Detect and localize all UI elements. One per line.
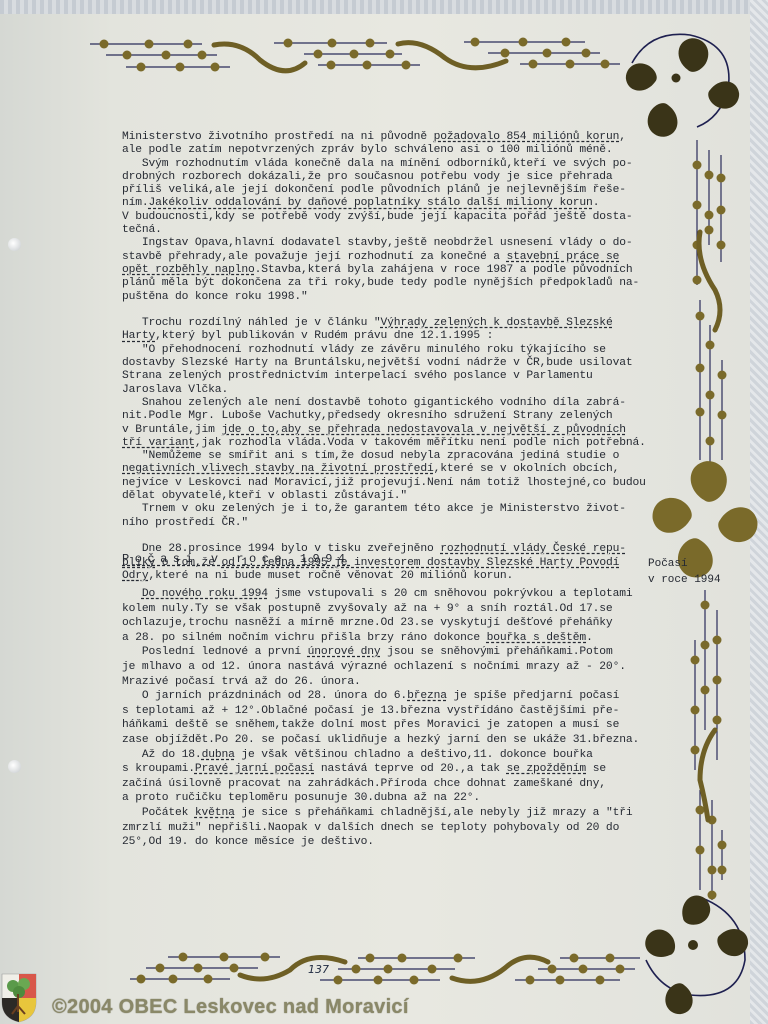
text-line: Snahou zelených ale není dostavbě tohoto… (122, 397, 622, 410)
underlined-phrase: se zpožděním (507, 763, 587, 775)
text-segment: "O přehodnocení rozhodnutí vlády ze závě… (122, 344, 606, 356)
text-segment: Ministerstvo životního prostředí na ni p… (122, 131, 434, 143)
text-line (122, 530, 622, 543)
text-segment: Až do 18. (122, 749, 202, 761)
text-segment: nit.Podle Mgr. Luboše Vachutky,předsedy … (122, 410, 613, 422)
text-segment: a 28. po silném nočním vichru přišla brz… (122, 632, 487, 644)
text-segment: .Stavba,která byla zahájena v roce 1987 … (255, 264, 633, 276)
underlined-phrase: Do nového roku 1994 (142, 588, 268, 600)
text-line: tečná. (122, 224, 622, 237)
text-line: Odry,které na ni bude muset ročně věnova… (122, 570, 622, 583)
text-segment: zase objíždět.Po 20. se počasí uklidňuje… (122, 734, 639, 746)
underlined-phrase: března (407, 690, 447, 702)
margin-note-line-2: v roce 1994 (648, 574, 721, 586)
section-heading-wrap: Počasí v roce 1994 (122, 553, 622, 567)
text-segment: ního prostředí ČR." (122, 517, 248, 529)
text-line: dělat obyvatelé,kteří v oblasti zůstávaj… (122, 490, 622, 503)
underlined-phrase: Harty (122, 330, 155, 342)
text-segment: puštěna do konce roku 1998." (122, 291, 308, 303)
text-line: s kroupami.Pravé jarní počasí nastává te… (122, 762, 622, 777)
text-line: zase objíždět.Po 20. se počasí uklidňuje… (122, 733, 622, 748)
text-segment: s kroupami. (122, 763, 195, 775)
text-segment: kolem nuly.Ty se však postupně zvyšovaly… (122, 603, 613, 615)
underlined-phrase: Pravé jarní počasí (195, 763, 314, 775)
underlined-phrase: požadovalo 854 miliónů korun (434, 131, 620, 143)
text-line: ního prostředí ČR." (122, 517, 622, 530)
text-segment: , (619, 131, 626, 143)
text-line: drobných rozborech dokázali,že pro souča… (122, 171, 622, 184)
text-segment: O jarních prázdninách od 28. února do 6. (122, 690, 407, 702)
text-line: dostavby Slezské Harty na Bruntálsku,nej… (122, 357, 622, 370)
text-line: Trochu rozdílný náhled je v článku "Výhr… (122, 317, 622, 330)
underlined-phrase: negativních vlivech stavby na životní pr… (122, 463, 434, 475)
text-segment: drobných rozborech dokázali,že pro souča… (122, 171, 613, 183)
text-segment: Svým rozhodnutím vláda konečně dala na m… (122, 158, 632, 170)
section-heading: Počasí v roce 1994 (122, 552, 351, 566)
municipal-coat-of-arms-icon (0, 972, 38, 1024)
text-line: s teplotami až + 12°.Oblačné počasí je 1… (122, 704, 622, 719)
text-segment: je mlhavo a od 12. února nastává výrazné… (122, 661, 626, 673)
underlined-phrase: Odry (122, 570, 149, 582)
text-line: Počátek května je sice s přeháňkami chla… (122, 806, 622, 821)
text-segment: ,které se v okolních obcích, (434, 463, 620, 475)
text-segment: ,který byl publikován v Rudém právu dne … (155, 330, 493, 342)
text-line: 25°,Od 19. do konce měsíce je deštivo. (122, 835, 622, 850)
text-segment: začíná úsilovně pracovat na zahrádkách.P… (122, 778, 606, 790)
text-segment: "Nemůžeme se smířit ani s tím,že dosud n… (122, 450, 619, 462)
text-line: nejvíce v Leskovci nad Moravicí,již proj… (122, 477, 622, 490)
underlined-phrase: Výhrady zelených k dostavbě Slezské (381, 317, 613, 329)
text-segment: v Bruntále,jim (122, 424, 221, 436)
text-line: ním.Jakékoliv oddalování by daňové popla… (122, 197, 622, 210)
text-line: stavbě přehrady,ale považuje její rozhod… (122, 251, 622, 264)
text-segment (122, 530, 129, 542)
text-segment: Trochu rozdílný náhled je v článku " (122, 317, 381, 329)
text-line: kolem nuly.Ty se však postupně zvyšovaly… (122, 602, 622, 617)
page-number: 137 (308, 963, 329, 976)
text-line: negativních vlivech stavby na životní pr… (122, 463, 622, 476)
text-segment: . (586, 632, 593, 644)
margin-note: Počasí v roce 1994 (648, 556, 721, 588)
text-segment: s teplotami až + 12°.Oblačné počasí je 1… (122, 705, 619, 717)
text-line: a proto ručičku teploměru posunuje 30.du… (122, 791, 622, 806)
underlined-phrase: dubna (202, 749, 235, 761)
text-line: v Bruntále,jim jde o to,aby se přehrada … (122, 424, 622, 437)
text-segment: plánů měla být dokončena za tři roky,bud… (122, 277, 639, 289)
text-line: opět rozběhly naplno.Stavba,která byla z… (122, 264, 622, 277)
underlined-phrase: Jakékoliv oddalování by daňové poplatník… (149, 197, 593, 209)
text-segment: je sice s přeháňkami chladnější,ale neby… (235, 807, 633, 819)
text-segment: jsou se sněhovými přeháňkami.Potom (381, 646, 613, 658)
text-segment: Mrazivé počasí trvá až do 26. února. (122, 676, 361, 688)
text-segment: tečná. (122, 224, 162, 236)
text-segment: je spíše předjarní počasí (447, 690, 619, 702)
text-segment: stavbě přehrady,ale považuje její rozhod… (122, 251, 507, 263)
text-line: Ministerstvo životního prostředí na ni p… (122, 131, 622, 144)
text-segment: ,které na ni bude muset ročně věnovat 20… (149, 570, 514, 582)
text-line: ochlazuje,trochu nasněží a mírně mrzne.O… (122, 616, 622, 631)
text-line: "O přehodnocení rozhodnutí vlády ze závě… (122, 344, 622, 357)
text-segment: Jaroslava Vlčka. (122, 384, 228, 396)
text-line: Až do 18.dubna je však většinou chladno … (122, 748, 622, 763)
text-segment: ale podle zatím nepotvrzených zpráv bylo… (122, 144, 613, 156)
text-line: Svým rozhodnutím vláda konečně dala na m… (122, 158, 622, 171)
text-segment: 25°,Od 19. do konce měsíce je deštivo. (122, 836, 374, 848)
underlined-phrase: stavební práce se (507, 251, 620, 263)
text-segment: Ingstav Opava,hlavní dodavatel stavby,je… (122, 237, 632, 249)
text-line: Mrazivé počasí trvá až do 26. února. (122, 675, 622, 690)
text-segment: ním. (122, 197, 149, 209)
underlined-phrase: únorové dny (308, 646, 381, 658)
text-line: Do nového roku 1994 jsme vstupovali s 20… (122, 587, 622, 602)
text-line: háňkami deště se sněhem,takže dolní most… (122, 718, 622, 733)
text-segment: se (586, 763, 606, 775)
text-line: Strana zelených prostřednictvím interpel… (122, 370, 622, 383)
text-segment: příliš veliká,ale její dokončení podle p… (122, 184, 626, 196)
text-line: tří variant,jak rozhodla vláda.Voda v ta… (122, 437, 622, 450)
article-text-weather-1994: Do nového roku 1994 jsme vstupovali s 20… (122, 587, 622, 850)
text-line: je mlhavo a od 12. února nastává výrazné… (122, 660, 622, 675)
text-segment (122, 304, 129, 316)
article-text-hydro-dam: Ministerstvo životního prostředí na ni p… (122, 131, 622, 583)
text-segment: nejvíce v Leskovci nad Moravicí,již proj… (122, 477, 646, 489)
underlined-phrase: tří variant (122, 437, 195, 449)
text-segment: nastává teprve od 20.,a tak (314, 763, 506, 775)
text-line: V budoucnosti,kdy se potřebě vody zvýší,… (122, 211, 622, 224)
text-segment: Trnem v oku zelených je i to,že garantem… (122, 503, 626, 515)
text-segment: ,jak rozhodla vláda.Voda v takovém měřít… (195, 437, 646, 449)
text-segment: Snahou zelených ale není dostavbě tohoto… (122, 397, 626, 409)
text-line: Harty,který byl publikován v Rudém právu… (122, 330, 622, 343)
text-line: plánů měla být dokončena za tři roky,bud… (122, 277, 622, 290)
text-line: "Nemůžeme se smířit ani s tím,že dosud n… (122, 450, 622, 463)
text-line: nit.Podle Mgr. Luboše Vachutky,předsedy … (122, 410, 622, 423)
text-segment: Počátek (122, 807, 195, 819)
text-segment: ochlazuje,trochu nasněží a mírně mrzne.O… (122, 617, 613, 629)
text-line: Ingstav Opava,hlavní dodavatel stavby,je… (122, 237, 622, 250)
underlined-phrase: května (195, 807, 235, 819)
text-segment: Strana zelených prostřednictvím interpel… (122, 370, 593, 382)
text-line: O jarních prázdninách od 28. února do 6.… (122, 689, 622, 704)
text-line: Poslední lednové a první únorové dny jso… (122, 645, 622, 660)
text-segment: jsme vstupovali s 20 cm sněhovou pokrývk… (268, 588, 633, 600)
text-line: začíná úsilovně pracovat na zahrádkách.P… (122, 777, 622, 792)
text-segment: V budoucnosti,kdy se potřebě vody zvýší,… (122, 211, 632, 223)
text-segment: dostavby Slezské Harty na Bruntálsku,nej… (122, 357, 632, 369)
text-line: a 28. po silném nočním vichru přišla brz… (122, 631, 622, 646)
text-segment: . (593, 197, 600, 209)
text-line: zmrzlí muži" nepřišli.Naopak v dalších d… (122, 821, 622, 836)
text-segment: dělat obyvatelé,kteří v oblasti zůstávaj… (122, 490, 407, 502)
text-line: Trnem v oku zelených je i to,že garantem… (122, 503, 622, 516)
text-segment: háňkami deště se sněhem,takže dolní most… (122, 719, 619, 731)
copyright-watermark: ©2004 OBEC Leskovec nad Moravicí (52, 996, 409, 1019)
text-line: ale podle zatím nepotvrzených zpráv bylo… (122, 144, 622, 157)
text-line: Jaroslava Vlčka. (122, 384, 622, 397)
text-line: puštěna do konce roku 1998." (122, 291, 622, 304)
underlined-phrase: jde o to,aby se přehrada nedostavovala v… (221, 424, 625, 436)
text-segment: Poslední lednové a první (122, 646, 308, 658)
text-line: příliš veliká,ale její dokončení podle p… (122, 184, 622, 197)
text-segment (122, 588, 142, 600)
underlined-phrase: bouřka s deštěm (487, 632, 586, 644)
text-segment: a proto ručičku teploměru posunuje 30.du… (122, 792, 480, 804)
text-segment: zmrzlí muži" nepřišli.Naopak v dalších d… (122, 822, 619, 834)
text-segment: je však většinou chladno a deštivo,11. d… (235, 749, 593, 761)
text-line (122, 304, 622, 317)
underlined-phrase: opět rozběhly naplno (122, 264, 255, 276)
margin-note-line-1: Počasí (648, 558, 688, 570)
